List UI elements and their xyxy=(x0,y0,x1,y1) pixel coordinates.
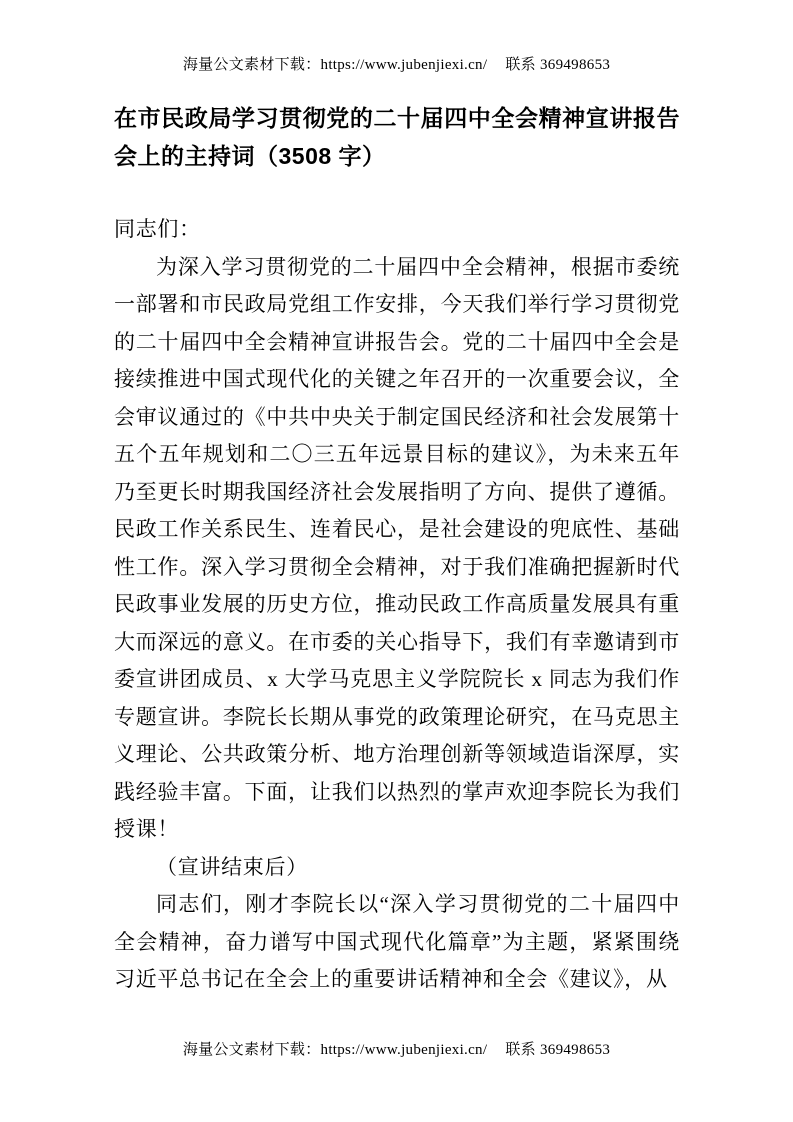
footer-url[interactable]: https://www.jubenjiexi.cn/ xyxy=(321,1042,488,1058)
footer-source-label: 海量公文素材下载： xyxy=(183,1042,321,1058)
header-url[interactable]: https://www.jubenjiexi.cn/ xyxy=(321,57,488,73)
page-footer: 海量公文素材下载：https://www.jubenjiexi.cn/联系 36… xyxy=(0,1038,793,1059)
document-page: 海量公文素材下载：https://www.jubenjiexi.cn/联系 36… xyxy=(0,0,793,1122)
paragraph-stage-direction: （宣讲结束后） xyxy=(114,849,680,887)
header-source-label: 海量公文素材下载： xyxy=(183,57,321,73)
document-body: 同志们： 为深入学习贯彻党的二十届四中全会精神，根据市委统一部署和市民政局党组工… xyxy=(114,211,680,999)
footer-contact: 联系 369498653 xyxy=(505,1042,610,1058)
paragraph-after-lecture: 同志们，刚才李院长以“深入学习贯彻党的二十届四中全会精神，奋力谱写中国式现代化篇… xyxy=(114,886,680,999)
paragraph-opening-remarks: 为深入学习贯彻党的二十届四中全会精神，根据市委统一部署和市民政局党组工作安排，今… xyxy=(114,249,680,849)
page-header: 海量公文素材下载：https://www.jubenjiexi.cn/联系 36… xyxy=(0,53,793,74)
paragraph-salutation: 同志们： xyxy=(114,211,680,249)
document-title: 在市民政局学习贯彻党的二十届四中全会精神宣讲报告会上的主持词（3508 字） xyxy=(114,99,680,175)
header-contact: 联系 369498653 xyxy=(505,57,610,73)
